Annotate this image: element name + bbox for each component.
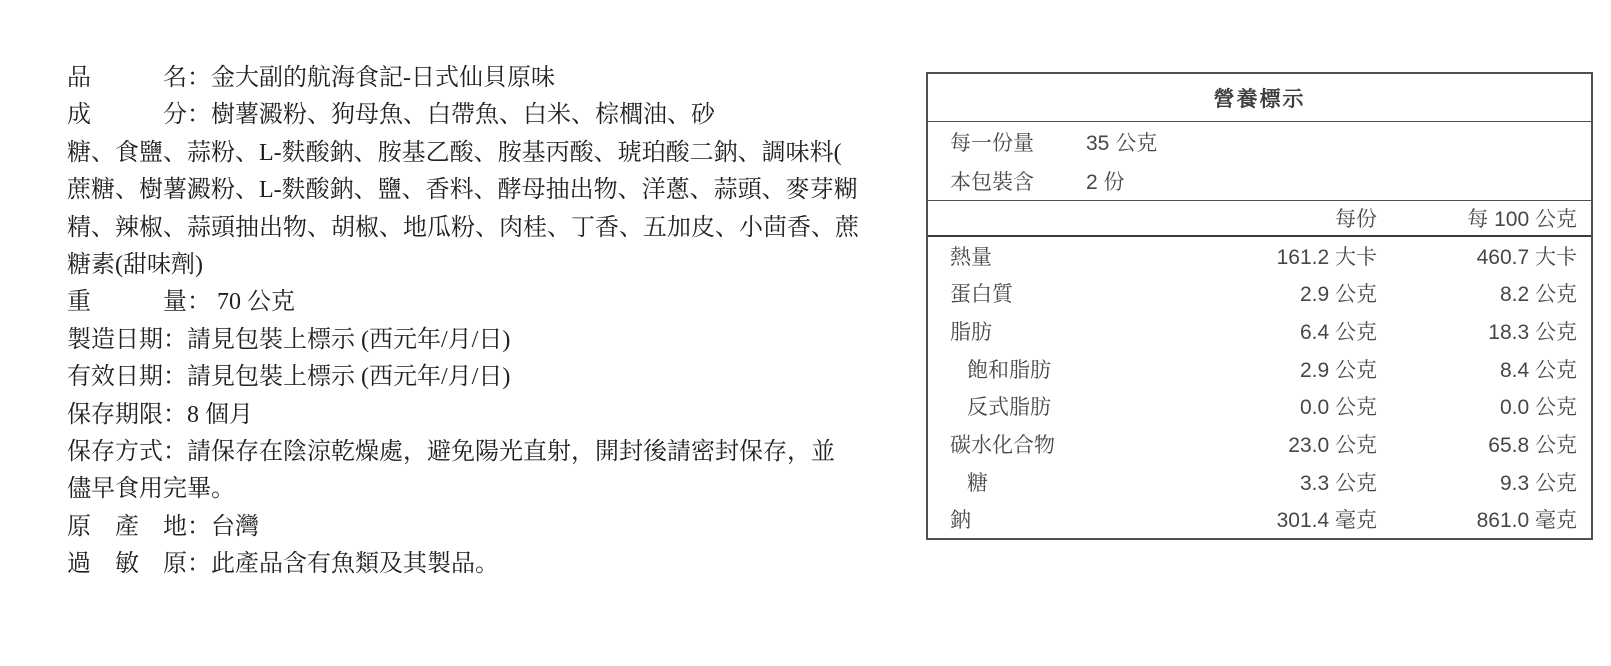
per-100g-value: 65.8 公克 xyxy=(1377,429,1577,459)
column-header-per-100g: 每 100 公克 xyxy=(1377,203,1577,233)
nutrition-row-carbohydrate: 碳水化合物 23.0 公克 65.8 公克 xyxy=(928,425,1591,463)
per-serving-value: 161.2 大卡 xyxy=(1207,241,1377,271)
per-serving-value: 23.0 公克 xyxy=(1207,429,1377,459)
nutrition-rows: 熱量 161.2 大卡 460.7 大卡 蛋白質 2.9 公克 8.2 公克 脂… xyxy=(928,237,1591,538)
per-serving-value: 6.4 公克 xyxy=(1207,316,1377,346)
ingredients-line: 糖、食鹽、蒜粉、L-麩酸鈉、胺基乙酸、胺基丙酸、琥珀酸二鈉、調味料( xyxy=(67,135,907,172)
nutrition-table-title: 營養標示 xyxy=(928,74,1591,122)
nutrient-label: 糖 xyxy=(950,467,1207,497)
per-serving-value: 3.3 公克 xyxy=(1207,467,1377,497)
servings-per-pack-row: 本包裝含 2 份 xyxy=(928,161,1591,200)
ingredients-line: 蔗糖、樹薯澱粉、L-麩酸鈉、鹽、香料、酵母抽出物、洋蔥、蒜頭、麥芽糊 xyxy=(67,172,907,209)
serving-size-label: 每一份量 xyxy=(950,127,1086,157)
origin-line: 原 產 地：台灣 xyxy=(67,509,907,546)
nutrition-row-saturated-fat: 飽和脂肪 2.9 公克 8.4 公克 xyxy=(928,350,1591,388)
per-serving-value: 301.4 毫克 xyxy=(1207,504,1377,534)
nutrition-table: 營養標示 每一份量 35 公克 本包裝含 2 份 每份 每 100 公克 熱量 … xyxy=(926,72,1593,540)
per-serving-value: 2.9 公克 xyxy=(1207,278,1377,308)
per-100g-value: 8.2 公克 xyxy=(1377,278,1577,308)
ingredients-line: 成 分：樹薯澱粉、狗母魚、白帶魚、白米、棕櫚油、砂 xyxy=(67,97,907,134)
manufacture-date-line: 製造日期：請見包裝上標示 (西元年/月/日) xyxy=(67,322,907,359)
allergen-line: 過 敏 原：此產品含有魚類及其製品。 xyxy=(67,546,907,583)
nutrient-label: 脂肪 xyxy=(950,316,1207,346)
expiry-date-line: 有效日期：請見包裝上標示 (西元年/月/日) xyxy=(67,359,907,396)
per-serving-value: 0.0 公克 xyxy=(1207,391,1377,421)
per-serving-value: 2.9 公克 xyxy=(1207,354,1377,384)
ingredients-line: 糖素(甜味劑) xyxy=(67,247,907,284)
servings-per-pack-label: 本包裝含 xyxy=(950,166,1086,196)
serving-size-row: 每一份量 35 公克 xyxy=(928,122,1591,161)
ingredients-line: 精、辣椒、蒜頭抽出物、胡椒、地瓜粉、肉桂、丁香、五加皮、小茴香、蔗 xyxy=(67,210,907,247)
nutrition-row-sugar: 糖 3.3 公克 9.3 公克 xyxy=(928,463,1591,501)
per-100g-value: 0.0 公克 xyxy=(1377,391,1577,421)
nutrition-row-sodium: 鈉 301.4 毫克 861.0 毫克 xyxy=(928,500,1591,538)
nutrition-row-calories: 熱量 161.2 大卡 460.7 大卡 xyxy=(928,237,1591,275)
serving-info-section: 每一份量 35 公克 本包裝含 2 份 xyxy=(928,122,1591,201)
column-header-per-serving: 每份 xyxy=(1207,203,1377,233)
nutrient-label: 碳水化合物 xyxy=(950,429,1207,459)
product-page: { "colors": { "ink": "#1f1f1f", "table_t… xyxy=(0,0,1611,666)
per-100g-value: 8.4 公克 xyxy=(1377,354,1577,384)
serving-size-value: 35 公克 xyxy=(1086,127,1157,157)
nutrition-row-trans-fat: 反式脂肪 0.0 公克 0.0 公克 xyxy=(928,388,1591,426)
per-100g-value: 9.3 公克 xyxy=(1377,467,1577,497)
per-100g-value: 18.3 公克 xyxy=(1377,316,1577,346)
nutrient-label: 反式脂肪 xyxy=(950,391,1207,421)
servings-per-pack-value: 2 份 xyxy=(1086,166,1125,196)
product-name-line: 品 名：金大副的航海食記-日式仙貝原味 xyxy=(67,60,907,97)
storage-method-line: 儘早食用完畢。 xyxy=(67,471,907,508)
shelf-life-line: 保存期限：8 個月 xyxy=(67,397,907,434)
nutrient-label: 熱量 xyxy=(950,241,1207,271)
per-100g-value: 460.7 大卡 xyxy=(1377,241,1577,271)
weight-line: 重 量： 70 公克 xyxy=(67,284,907,321)
product-info: 品 名：金大副的航海食記-日式仙貝原味 成 分：樹薯澱粉、狗母魚、白帶魚、白米、… xyxy=(67,60,907,584)
nutrition-row-fat: 脂肪 6.4 公克 18.3 公克 xyxy=(928,312,1591,350)
column-header-row: 每份 每 100 公克 xyxy=(928,201,1591,237)
storage-method-line: 保存方式：請保存在陰涼乾燥處，避免陽光直射，開封後請密封保存，並 xyxy=(67,434,907,471)
per-100g-value: 861.0 毫克 xyxy=(1377,504,1577,534)
nutrient-label: 飽和脂肪 xyxy=(950,354,1207,384)
nutrient-label: 鈉 xyxy=(950,504,1207,534)
nutrient-label: 蛋白質 xyxy=(950,278,1207,308)
nutrition-row-protein: 蛋白質 2.9 公克 8.2 公克 xyxy=(928,275,1591,313)
